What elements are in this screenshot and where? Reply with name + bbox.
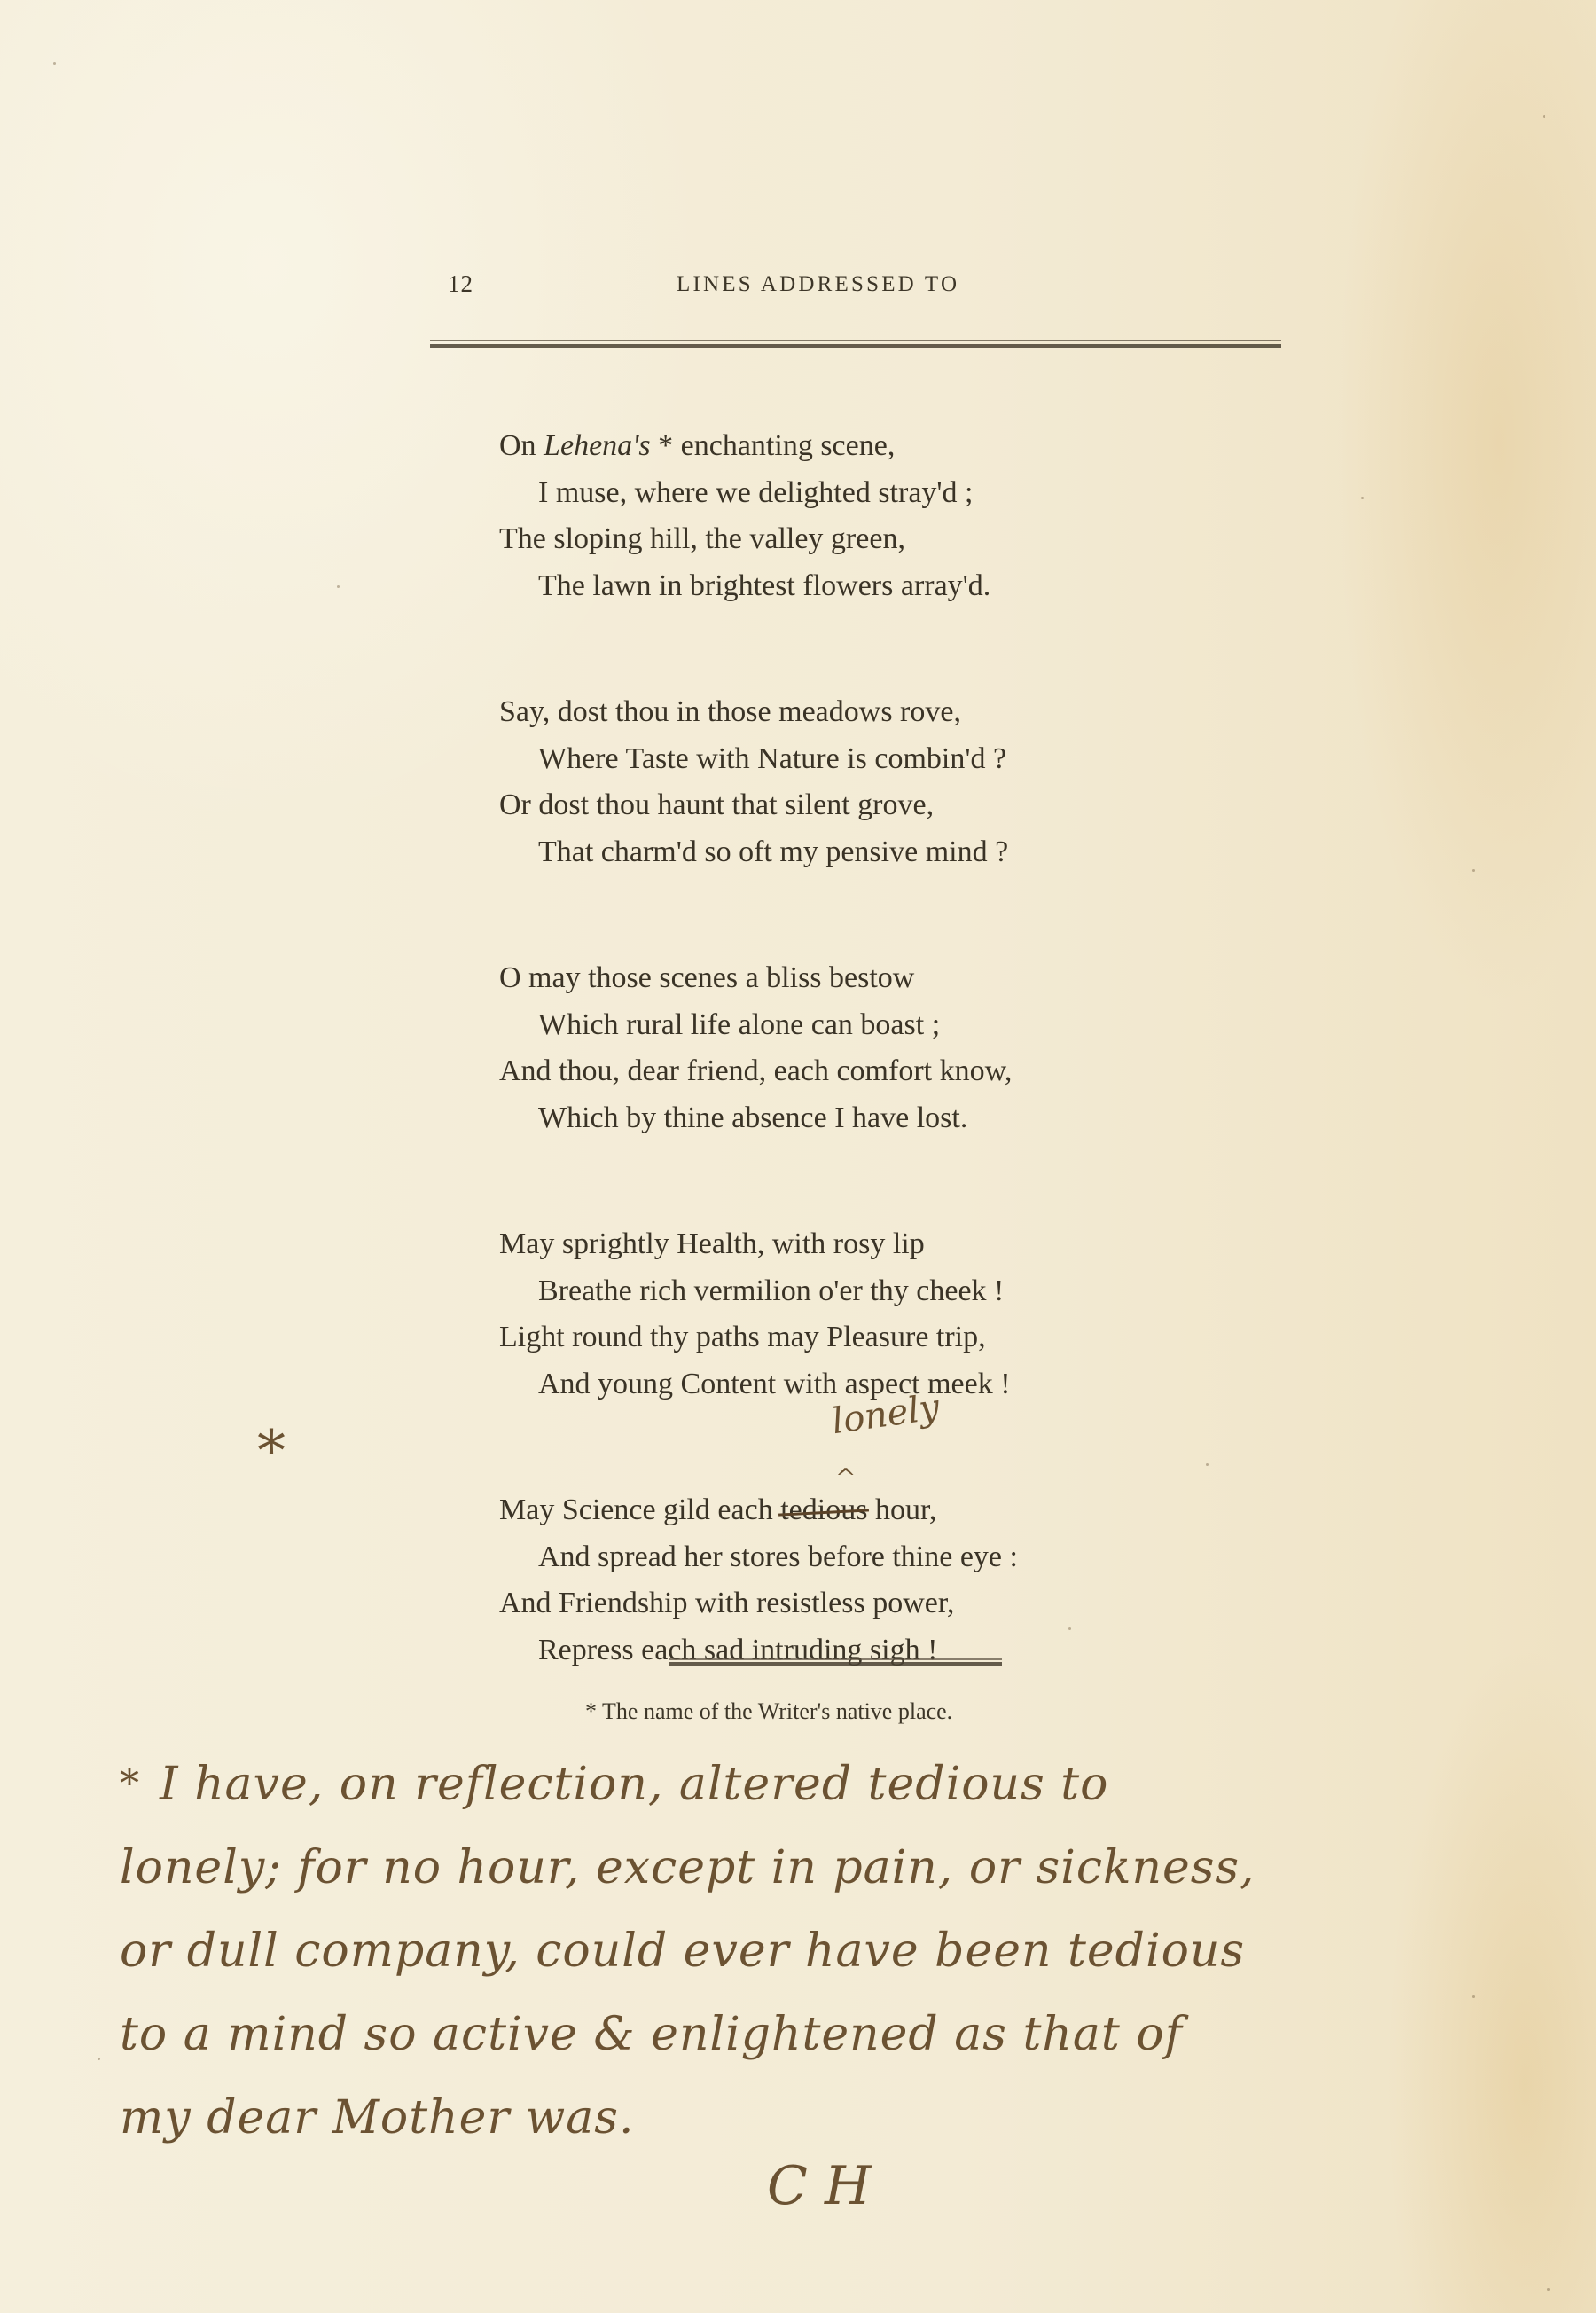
poem-line: That charm'd so oft my pensive mind ? <box>499 829 1209 876</box>
running-head: 12 LINES ADDRESSED TO <box>448 271 1051 306</box>
manuscript-text: I have, on reflection, altered tedious t… <box>160 1758 1108 1811</box>
poem-line: And thou, dear friend, each comfort know… <box>499 1048 1209 1095</box>
rule-thin <box>430 340 1281 341</box>
paper-speck <box>337 585 340 588</box>
place-name-italic: Lehena's <box>544 429 651 462</box>
paper-speck <box>1361 497 1364 499</box>
manuscript-line: to a mind so active & enlightened as tha… <box>120 1993 1450 2076</box>
insertion-caret-icon: ^ <box>835 1463 856 1493</box>
stanza-3: O may those scenes a bliss bestow Which … <box>499 955 1209 1141</box>
paper-speck <box>1472 869 1475 872</box>
poem-line: Where Taste with Nature is combin'd ? <box>499 736 1209 783</box>
paper-speck <box>98 2058 100 2060</box>
stanza-2: Say, dost thou in those meadows rove, Wh… <box>499 689 1209 875</box>
paper-speck <box>1472 1995 1475 1998</box>
poem-line: May sprightly Health, with rosy lip <box>499 1221 1209 1268</box>
poem-line: O may those scenes a bliss bestow <box>499 955 1209 1002</box>
poem: On Lehena's * enchanting scene, I muse, … <box>499 423 1209 1753</box>
footnote: * The name of the Writer's native place. <box>585 1698 952 1725</box>
line-text: May Science gild each <box>499 1494 780 1526</box>
paper-speck <box>53 62 56 65</box>
manuscript-line: or dull company, could ever have been te… <box>120 1909 1450 1993</box>
line-text: On <box>499 429 544 462</box>
rule-thick <box>430 344 1281 348</box>
rule-thick <box>669 1662 1002 1666</box>
poem-line: May Science gild each tedious hour, <box>499 1487 1209 1534</box>
poem-line: Or dost thou haunt that silent grove, <box>499 782 1209 829</box>
line-text: hour, <box>867 1494 936 1526</box>
stanza-5: May Science gild each tedious hour, And … <box>499 1487 1209 1674</box>
poem-line: The sloping hill, the valley green, <box>499 516 1209 563</box>
poem-line: Say, dost thou in those meadows rove, <box>499 689 1209 736</box>
manuscript-line: my dear Mother was. <box>120 2076 1450 2160</box>
stanza-4: May sprightly Health, with rosy lip Brea… <box>499 1221 1209 1407</box>
manuscript-line: *I have, on reflection, altered tedious … <box>120 1743 1450 1826</box>
running-title: LINES ADDRESSED TO <box>677 272 959 297</box>
manuscript-note: *I have, on reflection, altered tedious … <box>120 1743 1450 2160</box>
footnote-double-rule <box>669 1658 1002 1667</box>
poem-line: Breathe rich vermilion o'er thy cheek ! <box>499 1268 1209 1315</box>
struck-word: tedious <box>780 1487 867 1534</box>
poem-line: Light round thy paths may Pleasure trip, <box>499 1314 1209 1361</box>
poem-line: Which by thine absence I have lost. <box>499 1095 1209 1142</box>
manuscript-line: lonely; for no hour, except in pain, or … <box>120 1826 1450 1909</box>
poem-line: And spread her stores before thine eye : <box>499 1534 1209 1581</box>
rule-thin <box>669 1658 1002 1660</box>
margin-asterisk-icon: * <box>257 1423 286 1480</box>
poem-line: And Friendship with resistless power, <box>499 1580 1209 1627</box>
poem-line: On Lehena's * enchanting scene, <box>499 423 1209 470</box>
book-page: 12 LINES ADDRESSED TO On Lehena's * ench… <box>0 0 1596 2313</box>
stanza-1: On Lehena's * enchanting scene, I muse, … <box>499 423 1209 609</box>
signature-initials: C H <box>767 2155 871 2217</box>
poem-line: The lawn in brightest flowers array'd. <box>499 563 1209 610</box>
header-double-rule <box>430 340 1281 349</box>
poem-line: Which rural life alone can boast ; <box>499 1002 1209 1049</box>
paper-speck <box>1547 2288 1550 2291</box>
poem-line: I muse, where we delighted stray'd ; <box>499 470 1209 517</box>
line-text: * enchanting scene, <box>651 429 896 462</box>
page-number: 12 <box>448 271 473 298</box>
paper-speck <box>1543 115 1545 118</box>
asterisk-icon: * <box>120 1761 140 1807</box>
